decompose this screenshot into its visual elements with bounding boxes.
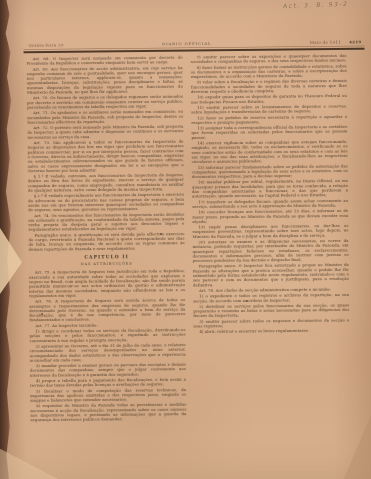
article-paragraph: 1) o expediente e todos os registros e a… <box>193 292 349 303</box>
right-articles-list: 7) emittir parecer sobre as exposições e… <box>191 53 350 334</box>
masthead-date: Quinta-feira 25 <box>28 43 63 48</box>
article-paragraph: 20) autorizar os exames e as diligencias… <box>193 238 349 263</box>
article-paragraph: 16) mandar publicar por edital, regularm… <box>192 179 348 199</box>
article-paragraph: 13) assignar toda a correspondencia offi… <box>191 124 347 140</box>
article-paragraph: 10) expedir guias para os depositos de g… <box>191 94 347 105</box>
page-content: Quinta-feira 25 DIARIO OFFICIAL Maio de … <box>0 0 371 479</box>
masthead-page-number: 4219 <box>349 39 361 44</box>
ink-speck <box>160 233 162 235</box>
article-paragraph: 7) emittir parecer sobre as exposições e… <box>191 53 347 64</box>
article-paragraph: Art. 74. Os vencimentos dos funccionario… <box>28 212 184 232</box>
article-paragraph: § 1.º É vedado, outrosim, aos funccionar… <box>28 173 184 193</box>
masthead-title: DIARIO OFFICIAL <box>162 41 211 46</box>
masthead-month: Maio de 1911 <box>310 40 341 45</box>
ink-speck <box>246 300 248 302</box>
article-paragraph: 1) dirigir e coordenar todos os serviços… <box>29 328 185 344</box>
article-paragraph: 3) mandar proceder a exames geraes ou pa… <box>30 362 186 378</box>
article-paragraph: 6) requisitar do Ministro da Fazenda tod… <box>30 402 186 422</box>
article-paragraph: Art. 70. Os fiscaes de seguros e os dele… <box>27 94 183 110</box>
article-paragraph: 19) impôr penas disciplinares aos funcci… <box>192 223 348 239</box>
chapter-subtitle: DAS ATTRIBUIÇÕES <box>29 261 185 267</box>
article-paragraph: 8) fazer baixar as instrucções geraes de… <box>191 64 347 80</box>
text-column-left: Art. 68. O Inspector será nomeado em com… <box>27 55 187 446</box>
article-paragraph: 9) velar sobre a fiscalisação e o regime… <box>191 79 347 95</box>
article-paragraph: 2) distribuir os serviços pelos funccion… <box>193 303 349 319</box>
articles-before-list: Art. 68. O Inspector será nomeado em com… <box>27 55 185 252</box>
chapter-heading: CAPITULO II <box>29 255 185 261</box>
article-paragraph: Art. 76. A Inspectoria de Seguros será o… <box>29 298 185 323</box>
ink-speck <box>41 313 43 315</box>
article-paragraph: Paragrapho unico. O Inspector fica autor… <box>193 263 349 288</box>
article-paragraph: Art. 75. A Inspectoria de Seguros tem ju… <box>29 269 185 299</box>
article-paragraph: 15) informar parecer fundamentado sobre … <box>192 164 348 180</box>
article-paragraph: 18) conceder licenças aos funccionarios,… <box>192 208 348 224</box>
article-paragraph: § 2.º É vedado especialmente aos funccio… <box>28 192 184 212</box>
article-paragraph: 5) fiscalisar o modo de computação das r… <box>30 387 186 403</box>
article-paragraph: 17) transferir os delegados fiscaes, qua… <box>192 198 348 209</box>
article-paragraph: 4) propor a tabella para o pagamento das… <box>30 377 186 388</box>
article-paragraph: Art. 71. Os ajudantes e os auxiliares se… <box>27 109 183 125</box>
article-paragraph: 14) exercer vigilancia sobre as companhi… <box>191 139 347 164</box>
article-paragraph: 3) emittir parecer sobre todos os negoci… <box>193 318 349 329</box>
article-paragraph: Art. 69. Aos funccionarios de accão admi… <box>27 65 183 95</box>
articles-after-list: Art. 75. A Inspectoria de Seguros tem ju… <box>29 269 187 423</box>
text-columns: Art. 68. O Inspector será nomeado em com… <box>27 53 351 445</box>
article-paragraph: 12) fazer os pedidos de reserva necessar… <box>191 114 347 125</box>
article-paragraph: 4) abrir, rubricar e encerrar os livros … <box>193 328 349 334</box>
article-paragraph: Art. 68. O Inspector será nomeado em com… <box>27 55 183 66</box>
article-paragraph: 2) apresentar ao Governo, até o dia 31 d… <box>30 343 186 363</box>
masthead-issue: Maio de 19114219 <box>310 39 362 45</box>
article-paragraph: Art. 72. O porteiro será nomeado pelo Mi… <box>27 124 183 140</box>
text-column-right: 7) emittir parecer sobre as exposições e… <box>191 53 351 444</box>
article-paragraph: 11) emittir parecer sobre os levantament… <box>191 104 347 115</box>
scanned-page: Act. 3. B. 93-2 Quinta-feira 25 DIARIO O… <box>0 0 371 479</box>
article-paragraph: Art. 73. São applicaveis a todos os func… <box>27 139 183 173</box>
